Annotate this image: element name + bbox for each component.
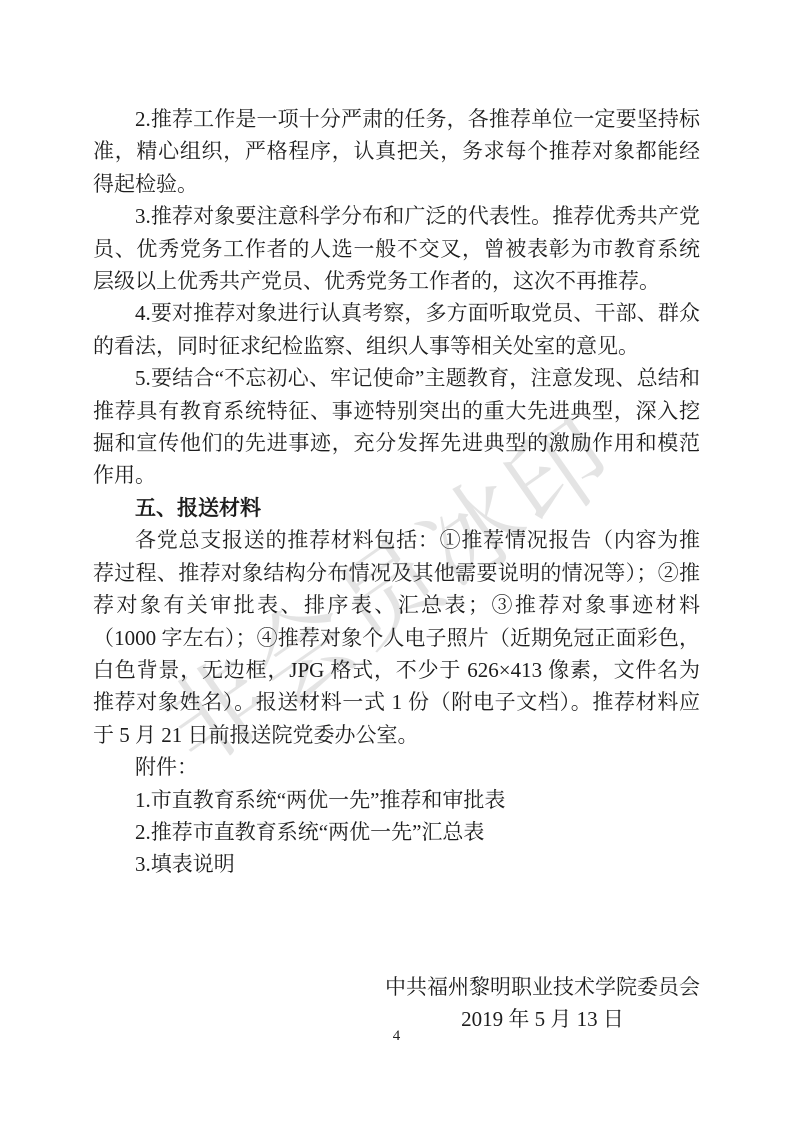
paragraph-point-5: 5.要结合“不忘初心、牢记使命”主题教育，注意发现、总结和推荐具有教育系统特征、… [93, 362, 700, 492]
paragraph-materials-detail: 各党总支报送的推荐材料包括：①推荐情况报告（内容为推荐过程、推荐对象结构分布情况… [93, 524, 700, 751]
document-body: 2.推荐工作是一项十分严肃的任务，各推荐单位一定要坚持标准，精心组织，严格程序，… [93, 103, 700, 1036]
section-heading-materials: 五、报送材料 [93, 492, 700, 524]
attachment-item-3: 3.填表说明 [93, 848, 700, 880]
paragraph-point-3: 3.推荐对象要注意科学分布和广泛的代表性。推荐优秀共产党员、优秀党务工作者的人选… [93, 200, 700, 297]
paragraph-point-2: 2.推荐工作是一项十分严肃的任务，各推荐单位一定要坚持标准，精心组织，严格程序，… [93, 103, 700, 200]
paragraph-point-4: 4.要对推荐对象进行认真考察，多方面听取党员、干部、群众的看法，同时征求纪检监察… [93, 297, 700, 362]
signature-organization: 中共福州黎明职业技术学院委员会 [239, 971, 793, 1003]
page-number: 4 [0, 1026, 793, 1046]
attachment-item-1: 1.市直教育系统“两优一先”推荐和审批表 [93, 784, 700, 816]
document-page: 非会员冰印 2.推荐工作是一项十分严肃的任务，各推荐单位一定要坚持标准，精心组织… [0, 0, 793, 1122]
attachment-item-2: 2.推荐市直教育系统“两优一先”汇总表 [93, 816, 700, 848]
attachments-label: 附件： [93, 751, 700, 783]
